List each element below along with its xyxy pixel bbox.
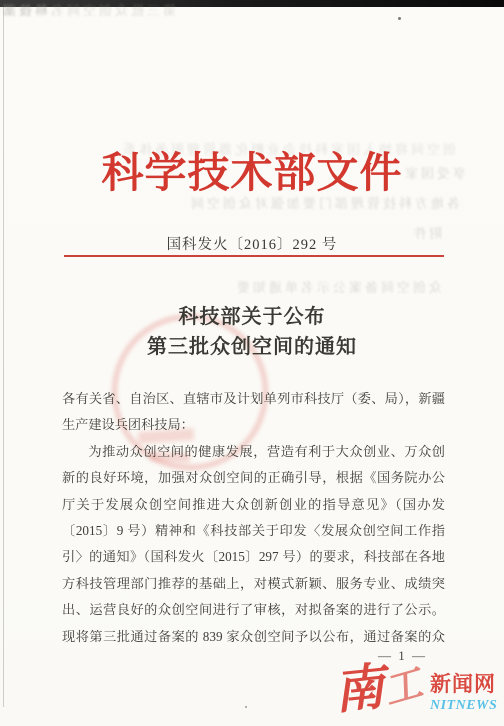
subject-line-1: 科技部关于公布 — [0, 302, 504, 332]
scan-edge-top — [0, 0, 504, 7]
body-line: 方科技管理部门推荐的基础上，对模式新颖、服务专业、成绩突 — [62, 571, 445, 597]
body-line: 厅关于发展众创空间推进大众创新创业的指导意见》（国办发 — [62, 492, 445, 518]
body-line: 生产建设兵团科技局： — [62, 412, 445, 438]
body-line: 各有关省、自治区、直辖市及计划单列市科技厅（委、局），新疆 — [62, 386, 445, 412]
body-line: 为推动众创空间的健康发展，营造有利于大众创业、万众创 — [62, 439, 445, 465]
body-line: 新的良好环境，加强对众创空间的正确引导，根据《国务院办公 — [62, 465, 445, 491]
body-line: 现将第三批通过备案的 839 家众创空间予以公布，通过备案的众 — [62, 624, 445, 650]
logo-site-name-en: NITNEWS — [430, 698, 502, 714]
document-body: 各有关省、自治区、直辖市及计划单列市科技厅（委、局），新疆 生产建设兵团科技局：… — [62, 386, 445, 650]
body-line: 出、运营良好的众创空间进行了审核，对拟备案的进行了公示。 — [62, 597, 445, 623]
logo-text-column: 新闻网 NITNEWS — [430, 672, 502, 714]
logo-calligraphy-char-nan: 南 — [332, 662, 387, 717]
document-subject: 科技部关于公布 第三批众创空间的通知 — [0, 302, 504, 362]
scan-speck — [245, 706, 247, 708]
bleedthrough-text: 众创空间备案公示名单通知要求 — [238, 277, 442, 296]
red-divider-line — [64, 255, 444, 257]
document-title: 科学技术部文件 — [0, 140, 504, 200]
document-number: 国科发火〔2016〕292 号 — [0, 233, 504, 254]
nitnews-watermark-logo: 南 工 新闻网 NITNEWS — [332, 660, 502, 726]
scan-speck — [398, 17, 401, 20]
body-line: 〔2015〕9 号）精神和《科技部关于印发〈发展众创空间工作指 — [62, 518, 445, 544]
logo-site-name: 新闻网 — [430, 672, 502, 696]
scanned-document-page: 创空间将纳入国家科技企业孵化器管理服务体系 享受国家促进科技企业孵化器发展的有关… — [0, 0, 504, 726]
logo-calligraphy-char-gong: 工 — [379, 664, 427, 713]
body-line: 引〉的通知》（国科发火〔2015〕297 号）的要求，科技部在各地 — [62, 544, 445, 570]
subject-line-2: 第三批众创空间的通知 — [0, 332, 504, 362]
